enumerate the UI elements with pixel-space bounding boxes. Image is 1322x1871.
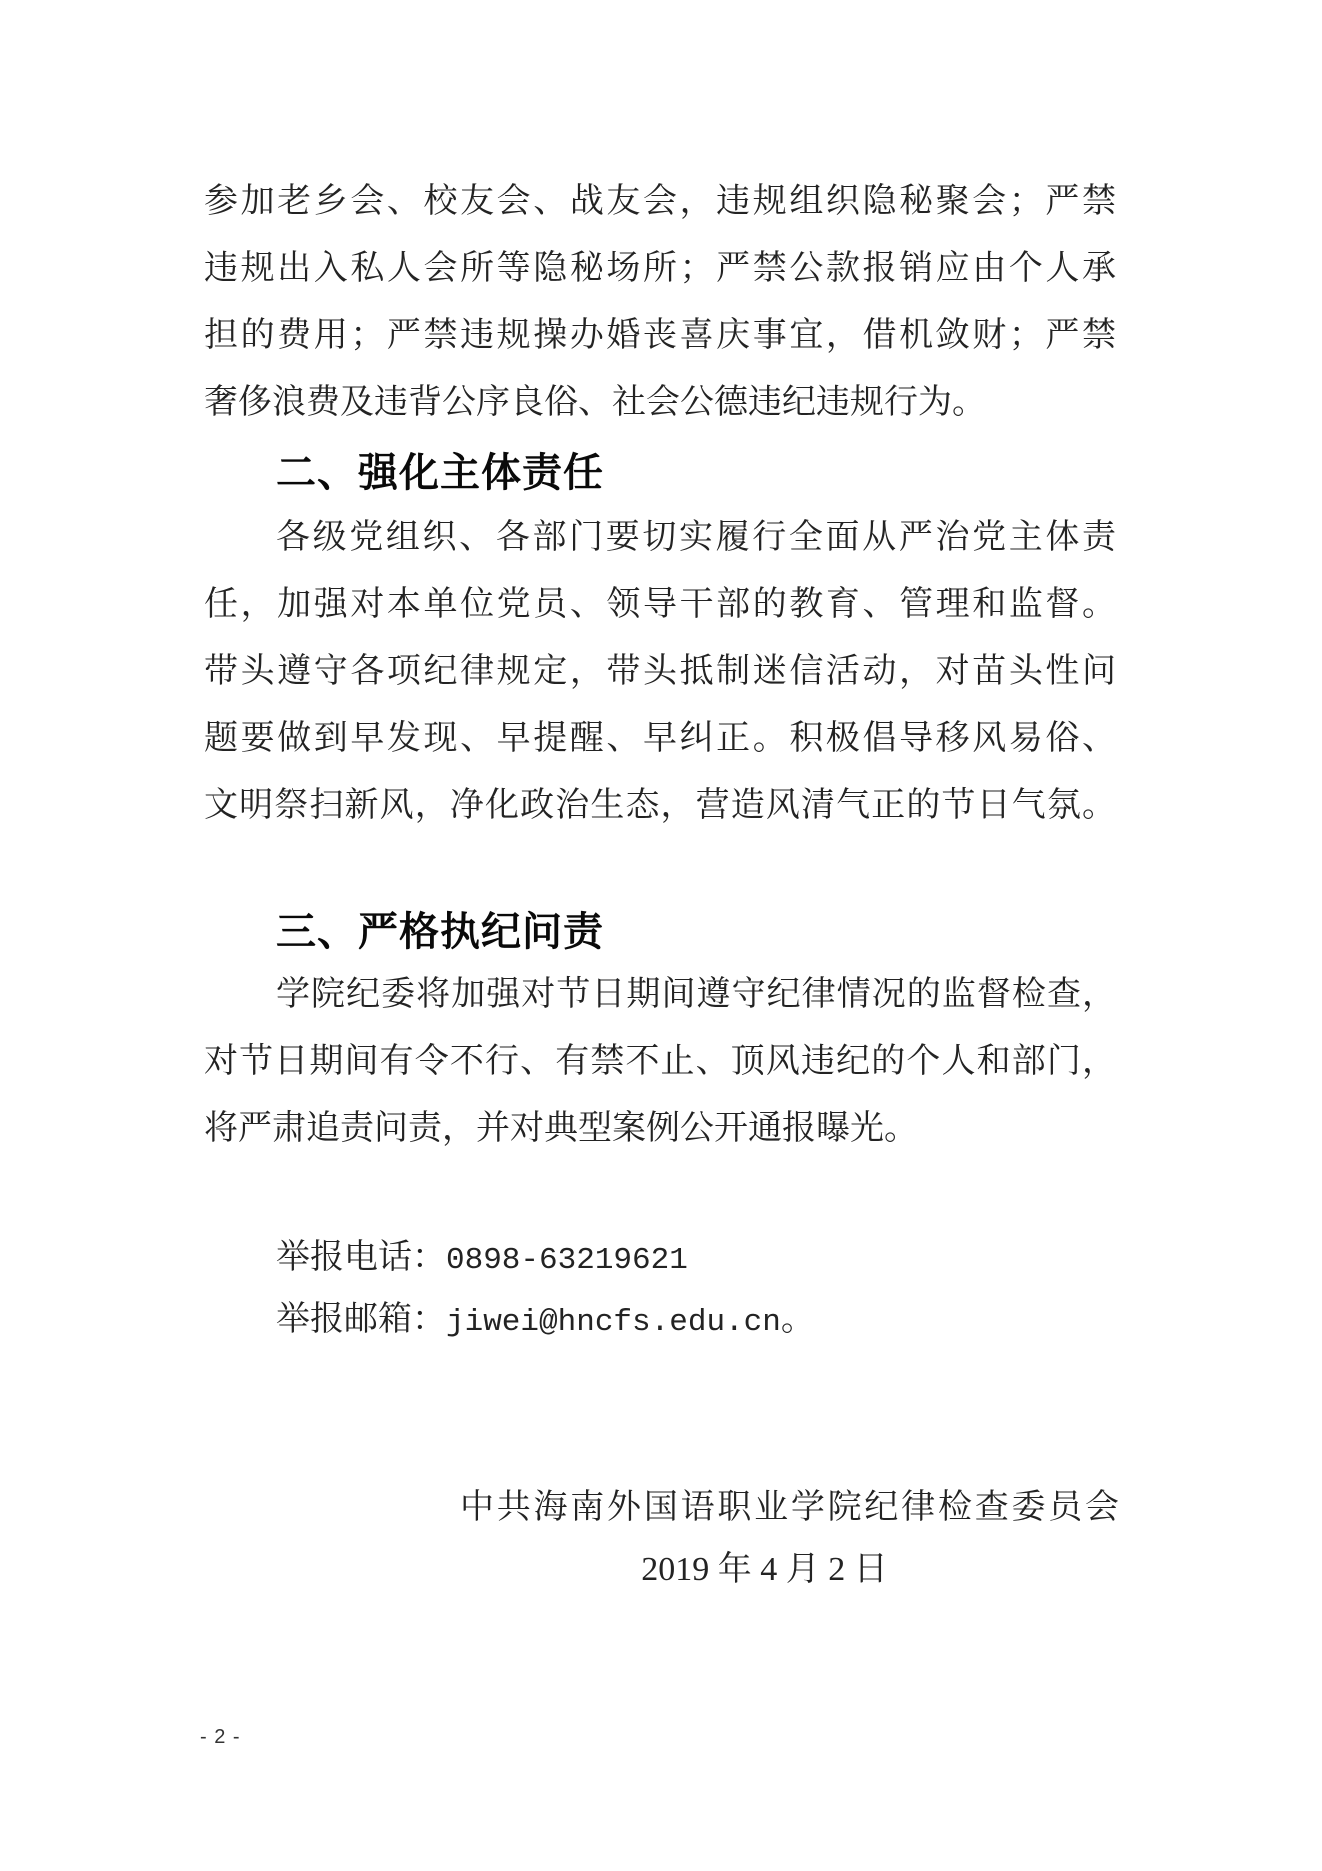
document-page: 参加老乡会、校友会、战友会，违规组织隐秘聚会；严禁 违规出入私人会所等隐秘场所；… [0,0,1322,1871]
text-line: 文明祭扫新风，净化政治生态，营造风清气正的节日气氛。 [204,772,1116,839]
signature-committee: 中共海南外国语职业学院纪律检查委员会 [460,1477,1119,1539]
paragraph-1: 参加老乡会、校友会、战友会，违规组织隐秘聚会；严禁 违规出入私人会所等隐秘场所；… [204,168,1116,436]
report-phone-number: 0898-63219621 [446,1243,688,1278]
text-line: 参加老乡会、校友会、战友会，违规组织隐秘聚会；严禁 [204,168,1116,235]
text-line: 任，加强对本单位党员、领导干部的教育、管理和监督。 [204,571,1116,638]
text-line: 带头遵守各项纪律规定，带头抵制迷信活动，对苗头性问 [204,638,1116,705]
page-number: - 2 - [200,1727,241,1747]
report-phone-line: 举报电话：0898-63219621 [276,1227,1116,1289]
text-line: 将严肃追责问责，并对典型案例公开通报曝光。 [204,1095,1116,1162]
section-3-heading-block: 三、严格执纪问责 [204,899,1116,966]
text-line: 对节日期间有令不行、有禁不止、顶风违纪的个人和部门， [204,1028,1116,1095]
report-email-address: jiwei@hncfs.edu.cn [446,1305,781,1340]
report-email-label: 举报邮箱： [276,1301,446,1338]
signature-date: 2019 年 4 月 2 日 [435,1539,1094,1601]
section-heading: 三、严格执纪问责 [204,899,1116,966]
text-line: 奢侈浪费及违背公序良俗、社会公德违纪违规行为。 [204,369,1116,436]
text-line: 学院纪委将加强对节日期间遵守纪律情况的监督检查， [204,961,1116,1028]
text-line: 担的费用；严禁违规操办婚丧喜庆事宜，借机敛财；严禁 [204,302,1116,369]
report-email-line: 举报邮箱：jiwei@hncfs.edu.cn。 [276,1289,1116,1351]
report-phone-label: 举报电话： [276,1239,446,1276]
paragraph-3: 学院纪委将加强对节日期间遵守纪律情况的监督检查， 对节日期间有令不行、有禁不止、… [204,961,1116,1162]
report-email-period: 。 [781,1301,815,1338]
section-2-heading-block: 二、强化主体责任 [204,440,1116,507]
section-heading: 二、强化主体责任 [204,440,1116,507]
contact-block: 举报电话：0898-63219621 举报邮箱：jiwei@hncfs.edu.… [276,1227,1116,1351]
paragraph-2: 各级党组织、各部门要切实履行全面从严治党主体责 任，加强对本单位党员、领导干部的… [204,504,1116,839]
text-line: 各级党组织、各部门要切实履行全面从严治党主体责 [204,504,1116,571]
text-line: 违规出入私人会所等隐秘场所；严禁公款报销应由个人承 [204,235,1116,302]
signature-block: 中共海南外国语职业学院纪律检查委员会 2019 年 4 月 2 日 [460,1477,1119,1601]
text-line: 题要做到早发现、早提醒、早纠正。积极倡导移风易俗、 [204,705,1116,772]
